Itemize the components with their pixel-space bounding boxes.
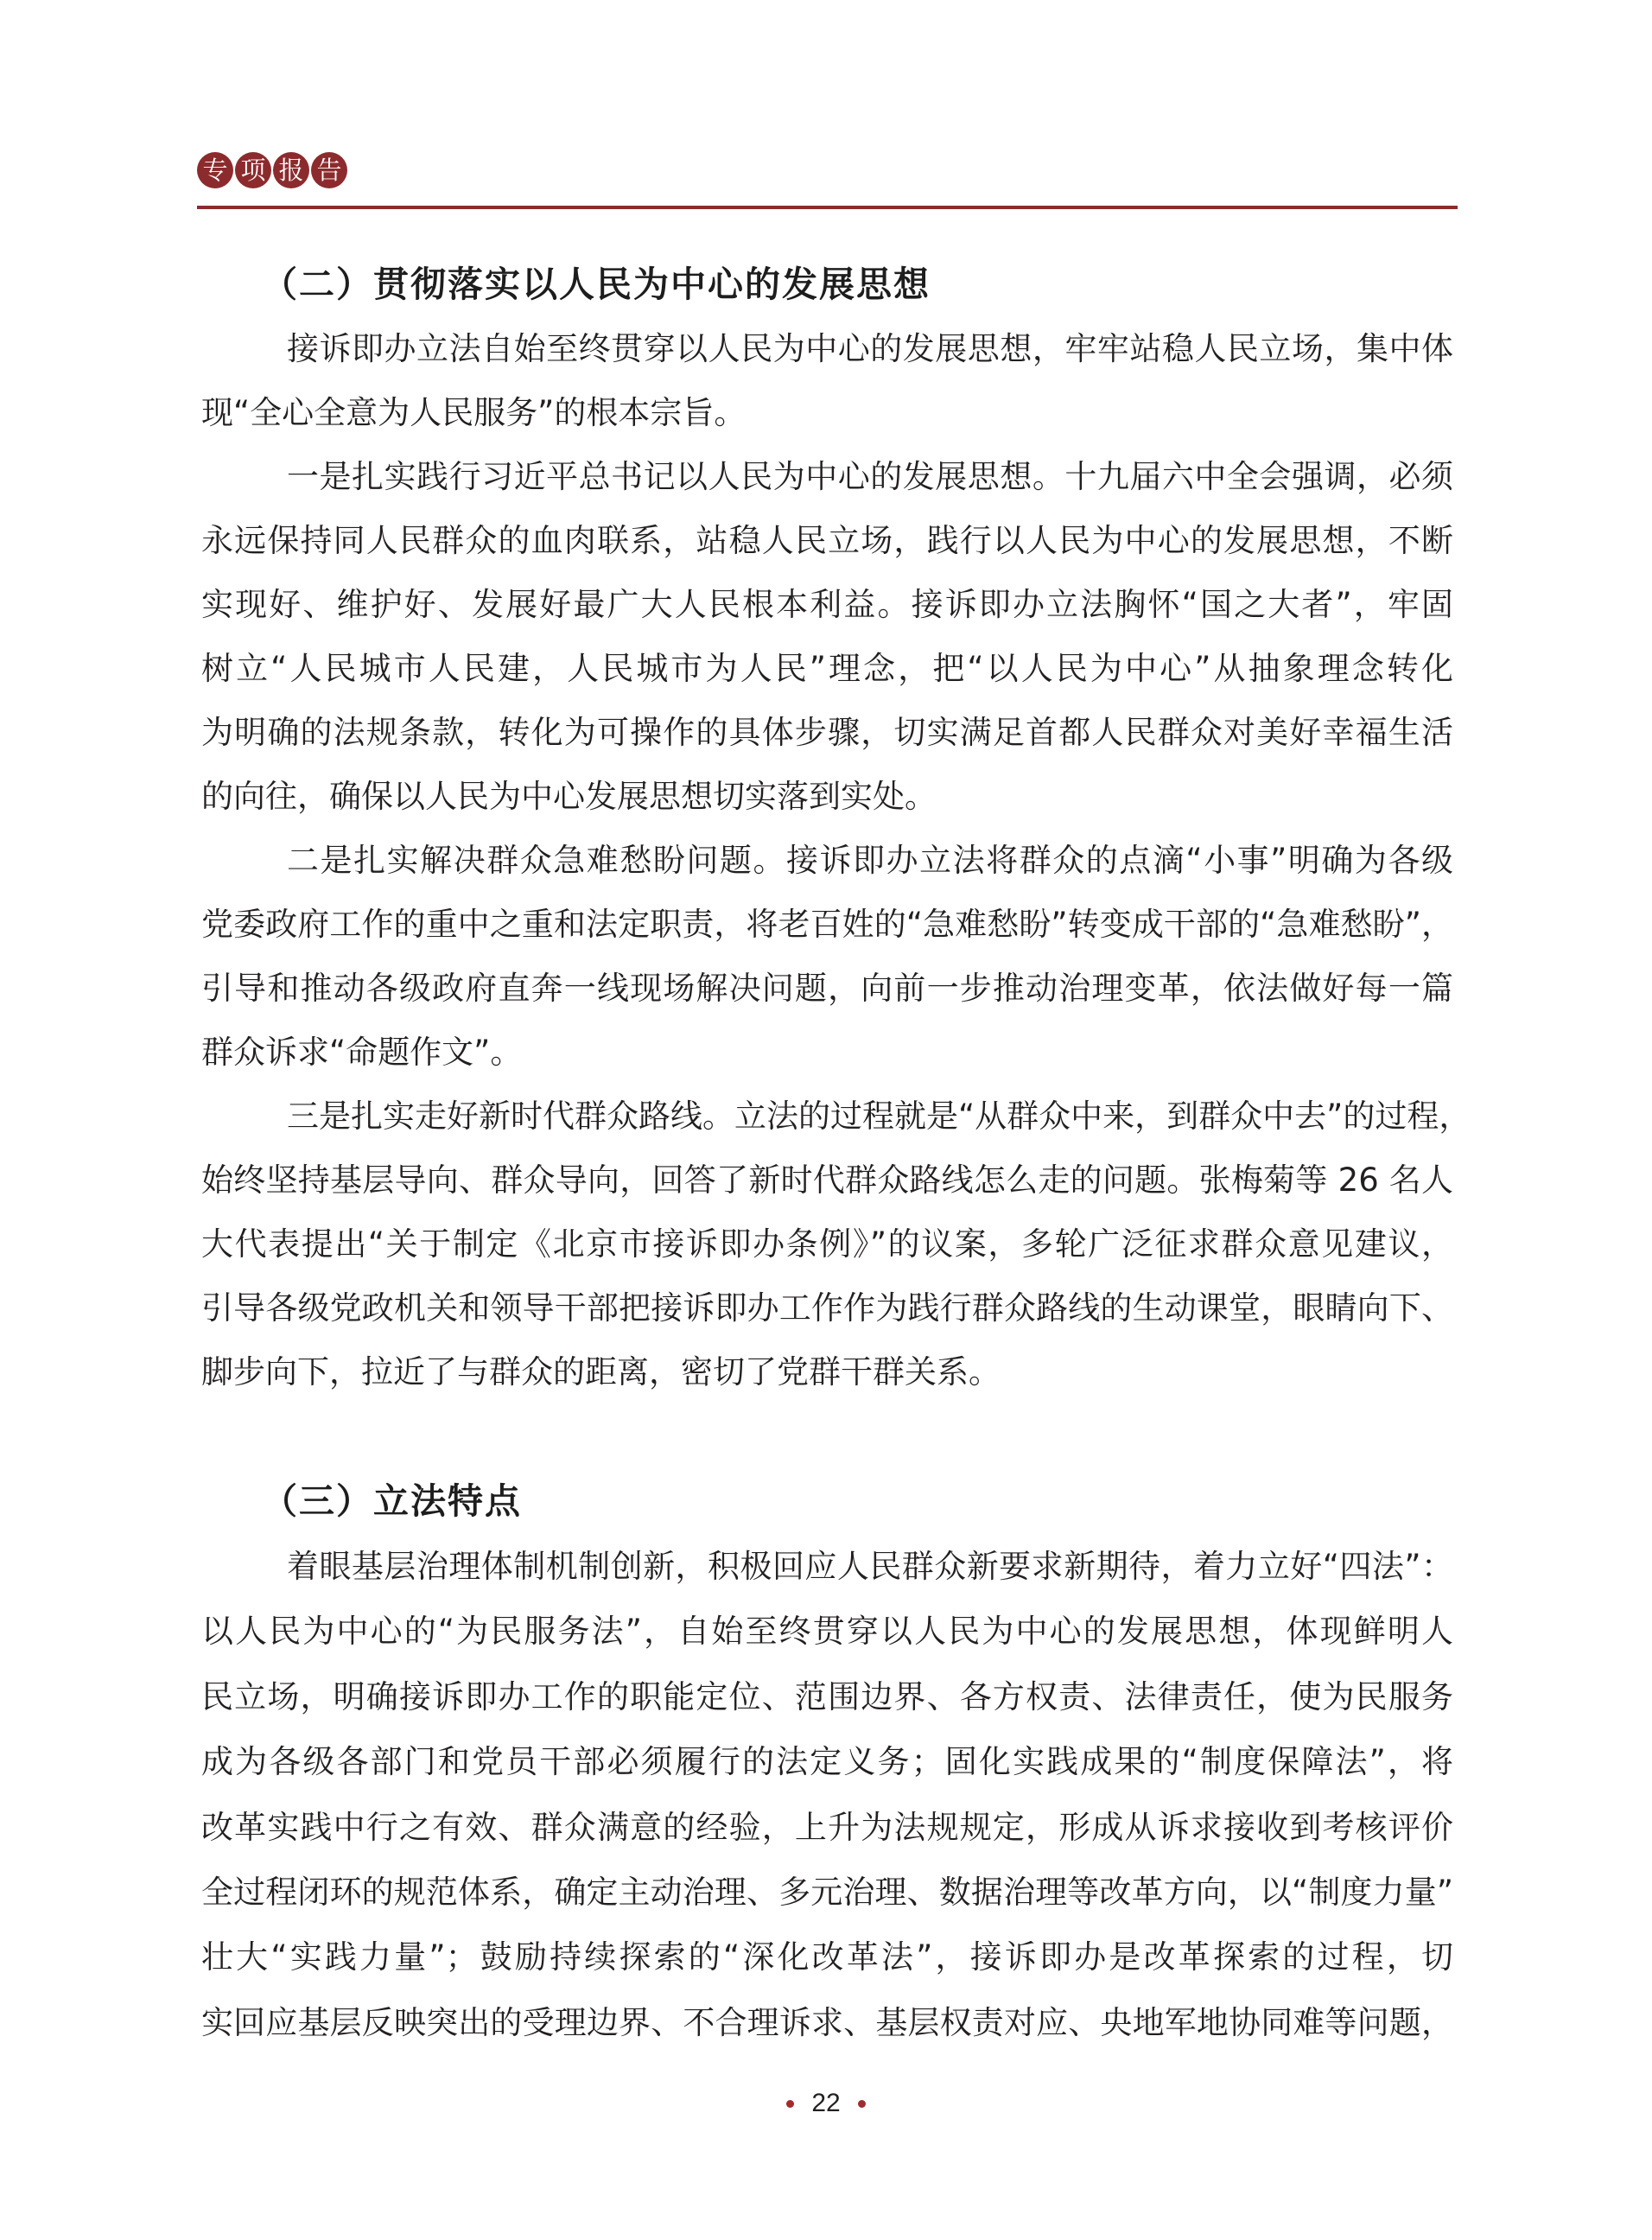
paragraph-line: 群众诉求“命题作文”。: [201, 1021, 1453, 1085]
paragraph-line: 民立场，明确接诉即办工作的职能定位、范围边界、各方权责、法律责任，使为民服务: [201, 1664, 1453, 1729]
paragraph-line: 实回应基层反映突出的受理边界、不合理诉求、基层权责对应、央地军地协同难等问题，: [201, 1990, 1453, 2055]
badge-char: 专: [197, 152, 233, 188]
paragraph-line: 实现好、维护好、发展好最广大人民根本利益。接诉即办立法胸怀“国之大者”，牢固: [201, 573, 1453, 637]
page-number: 22: [0, 2086, 1652, 2121]
paragraph-line: 一是扎实践行习近平总书记以人民为中心的发展思想。十九届六中全会强调，必须: [201, 445, 1453, 509]
paragraph-line: 壮大“实践力量”；鼓励持续探索的“深化改革法”，接诉即办是改革探索的过程，切: [201, 1925, 1453, 1989]
bullet-dot-icon: [858, 2100, 866, 2108]
badge-char: 项: [235, 152, 271, 188]
paragraph-line: 以人民为中心的“为民服务法”，自始至终贯穿以人民为中心的发展思想，体现鲜明人: [201, 1599, 1453, 1664]
page-number-text: 22: [811, 2086, 840, 2121]
paragraph-line: 始终坚持基层导向、群众导向，回答了新时代群众路线怎么走的问题。张梅菊等 26 名…: [201, 1149, 1453, 1212]
paragraph-line: 脚步向下，拉近了与群众的距离，密切了党群干群关系。: [201, 1340, 1453, 1404]
header-rule: [197, 206, 1458, 209]
section-heading: （三）立法特点: [201, 1468, 1453, 1534]
paragraph-line: 的向往，确保以人民为中心发展思想切实落到实处。: [201, 765, 1453, 829]
paragraph-line: 着眼基层治理体制机制创新，积极回应人民群众新要求新期待，着力立好“四法”：: [201, 1534, 1453, 1599]
badge-char: 告: [311, 152, 347, 188]
paragraph-line: 改革实践中行之有效、群众满意的经验，上升为法规规定，形成从诉求接收到考核评价: [201, 1795, 1453, 1860]
paragraph-line: 永远保持同人民群众的血肉联系，站稳人民立场，践行以人民为中心的发展思想，不断: [201, 509, 1453, 573]
paragraph-line: 接诉即办立法自始至终贯穿以人民为中心的发展思想，牢牢站稳人民立场，集中体: [201, 317, 1453, 381]
paragraph-line: 三是扎实走好新时代群众路线。立法的过程就是“从群众中来，到群众中去”的过程，: [201, 1085, 1453, 1149]
section-2: （二）贯彻落实以人民为中心的发展思想 接诉即办立法自始至终贯穿以人民为中心的发展…: [201, 251, 1453, 1404]
paragraph-line: 党委政府工作的重中之重和法定职责，将老百姓的“急难愁盼”转变成干部的“急难愁盼”…: [201, 893, 1453, 957]
bullet-dot-icon: [786, 2100, 794, 2108]
paragraph-line: 大代表提出“关于制定《北京市接诉即办条例》”的议案，多轮广泛征求群众意见建议，: [201, 1212, 1453, 1276]
paragraph-line: 成为各级各部门和党员干部必须履行的法定义务；固化实践成果的“制度保障法”，将: [201, 1729, 1453, 1794]
section-label-badges: 专 项 报 告: [197, 152, 347, 188]
paragraph-line: 引导和推动各级政府直奔一线现场解决问题，向前一步推动治理变革，依法做好每一篇: [201, 957, 1453, 1021]
section-heading: （二）贯彻落实以人民为中心的发展思想: [201, 251, 1453, 317]
paragraph-line: 全过程闭环的规范体系，确定主动治理、多元治理、数据治理等改革方向，以“制度力量”: [201, 1860, 1453, 1925]
paragraph-line: 为明确的法规条款，转化为可操作的具体步骤，切实满足首都人民群众对美好幸福生活: [201, 701, 1453, 765]
section-3: （三）立法特点 着眼基层治理体制机制创新，积极回应人民群众新要求新期待，着力立好…: [201, 1468, 1453, 2055]
paragraph-line: 二是扎实解决群众急难愁盼问题。接诉即办立法将群众的点滴“小事”明确为各级: [201, 829, 1453, 893]
paragraph-line: 树立“人民城市人民建，人民城市为人民”理念，把“以人民为中心”从抽象理念转化: [201, 637, 1453, 701]
paragraph-line: 现“全心全意为人民服务”的根本宗旨。: [201, 381, 1453, 445]
paragraph-line: 引导各级党政机关和领导干部把接诉即办工作作为践行群众路线的生动课堂，眼睛向下、: [201, 1276, 1453, 1340]
badge-char: 报: [273, 152, 309, 188]
